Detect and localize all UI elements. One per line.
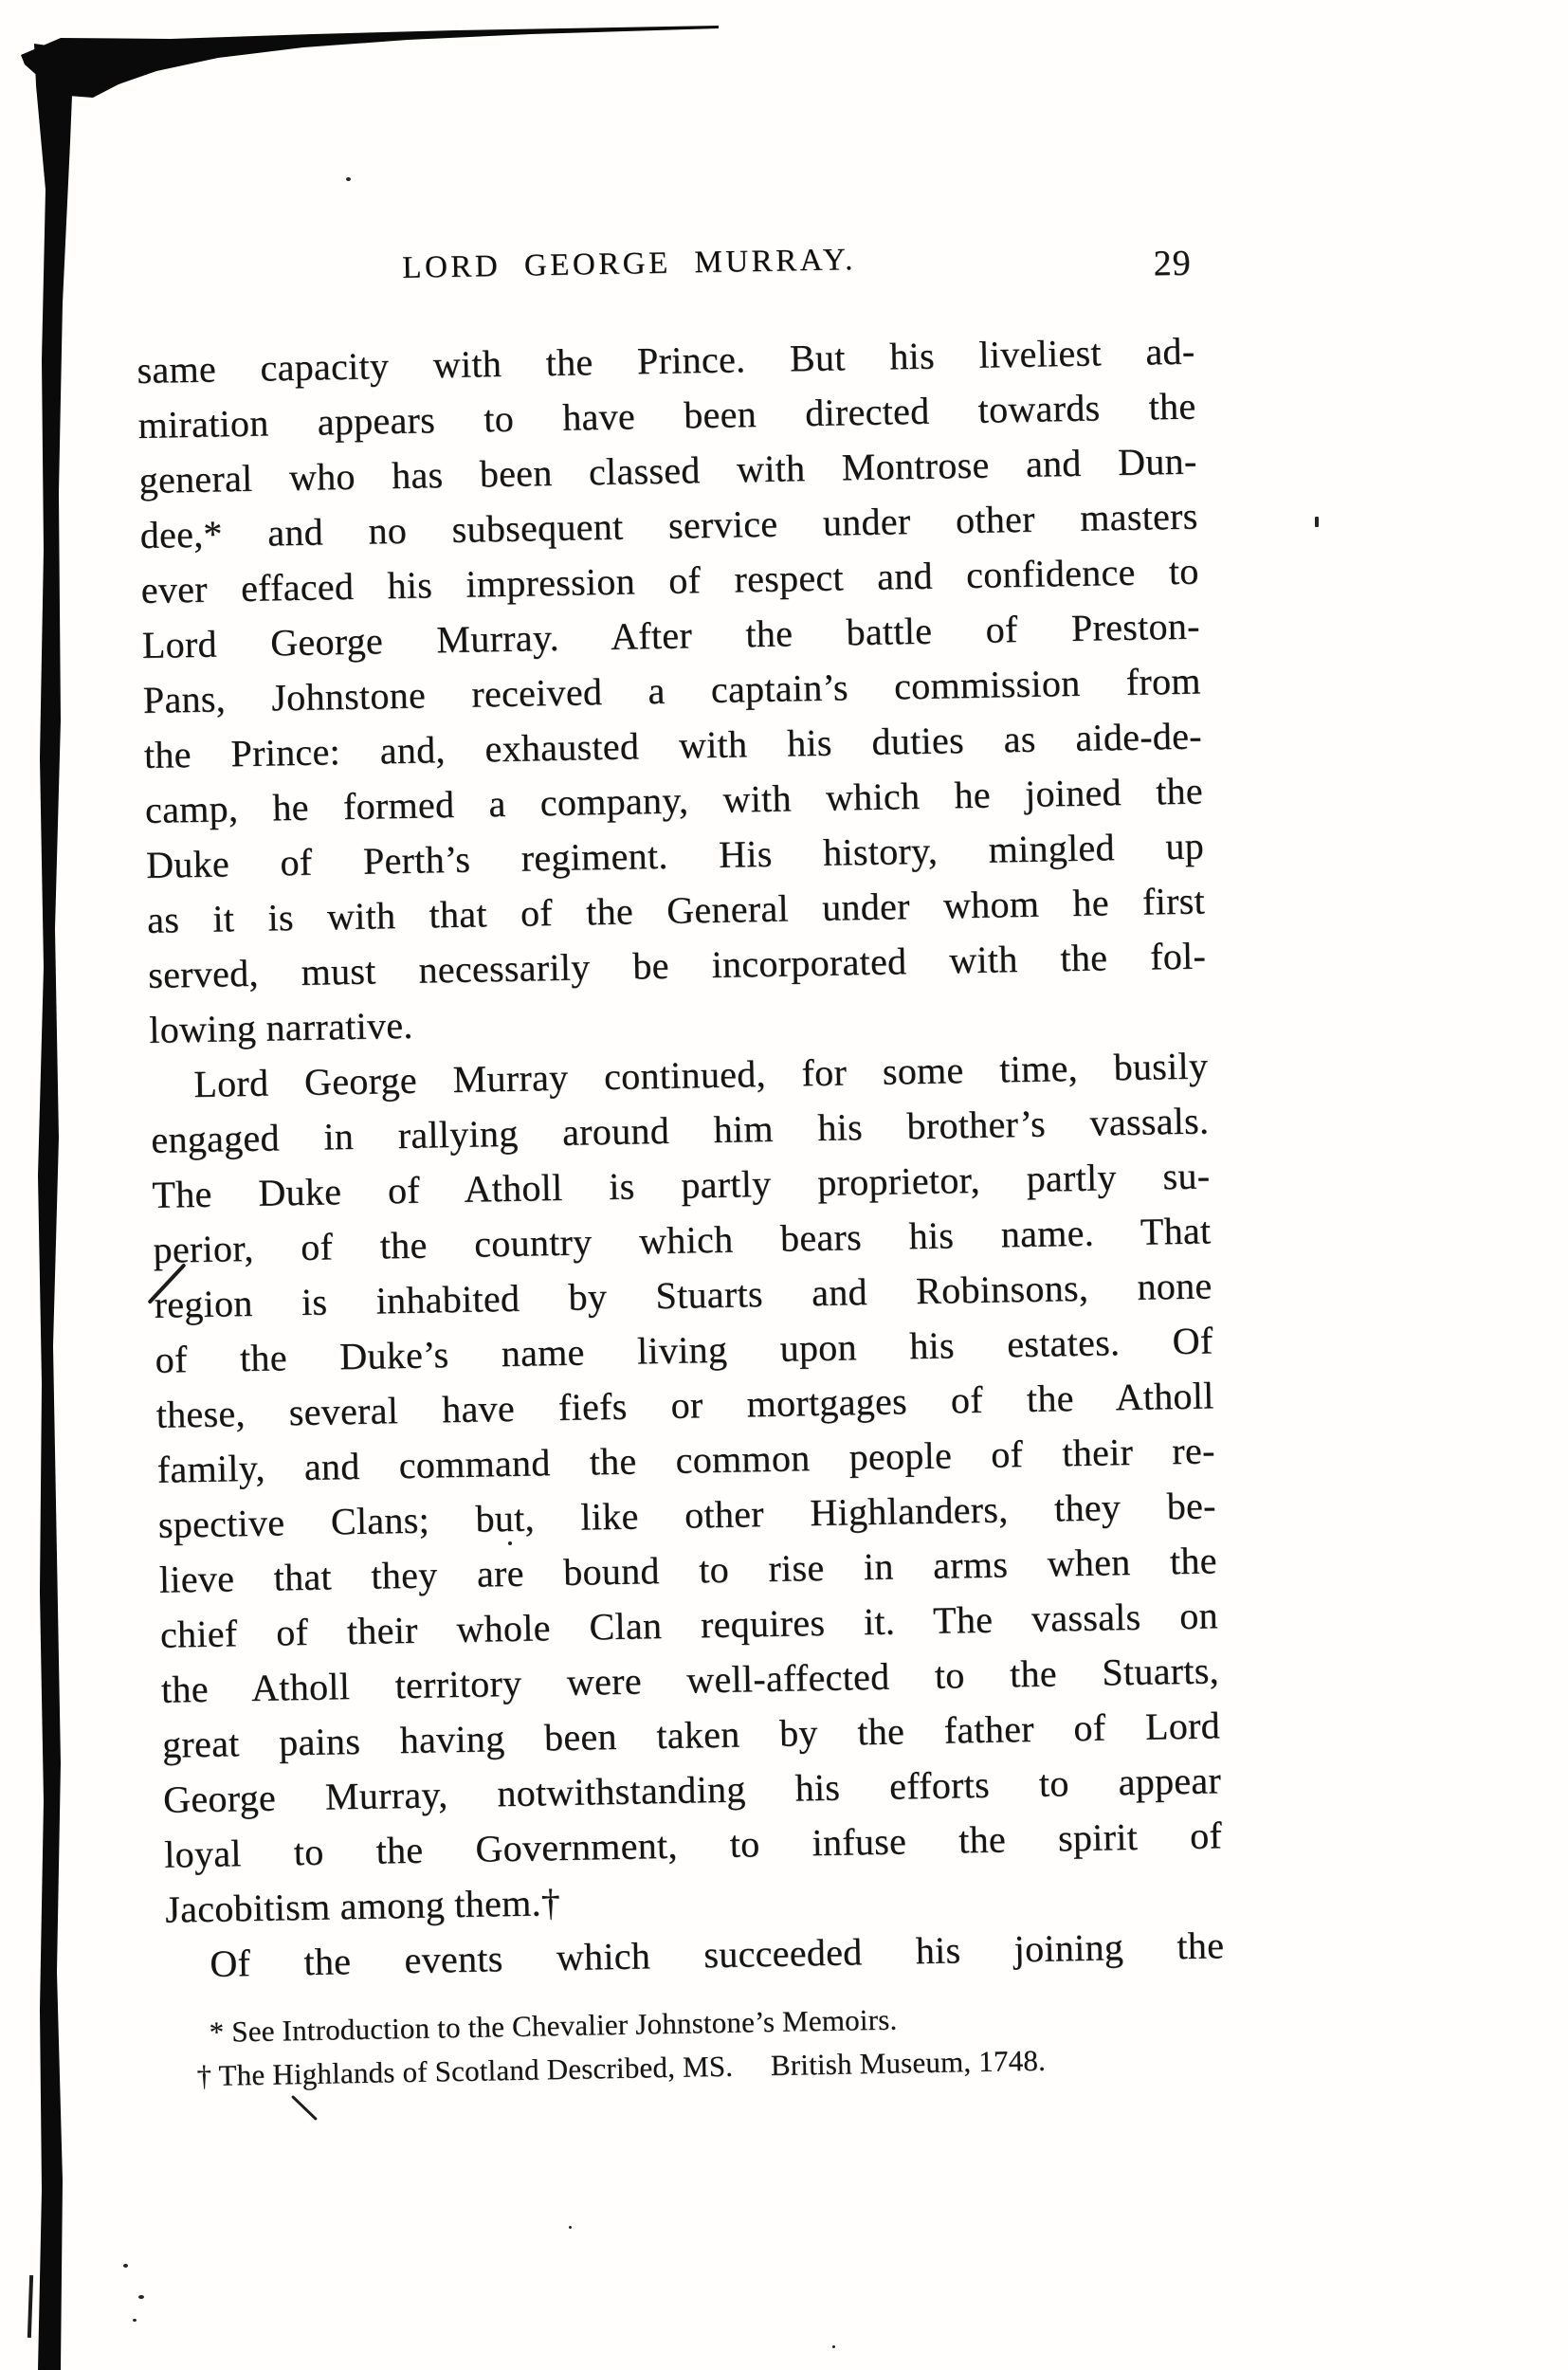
page-content: LORD GEORGE MURRAY. 29 same capacity wit… xyxy=(135,220,1227,2099)
scan-artifact-left-bar xyxy=(34,44,74,2370)
scan-speck xyxy=(832,2345,835,2348)
scan-speck xyxy=(569,2226,572,2229)
scan-speck xyxy=(133,2319,137,2322)
scan-artifact-top-wedge xyxy=(21,26,719,98)
scan-speck xyxy=(138,2295,144,2299)
scan-speck xyxy=(123,2264,128,2268)
scan-speck xyxy=(1315,517,1319,527)
scanned-book-page: LORD GEORGE MURRAY. 29 same capacity wit… xyxy=(0,0,1568,2370)
body-text: same capacity with the Prince. But his l… xyxy=(137,324,1225,1993)
page-number: 29 xyxy=(1153,243,1192,285)
scan-speck xyxy=(346,177,351,181)
page-header: LORD GEORGE MURRAY. 29 xyxy=(135,220,1194,343)
